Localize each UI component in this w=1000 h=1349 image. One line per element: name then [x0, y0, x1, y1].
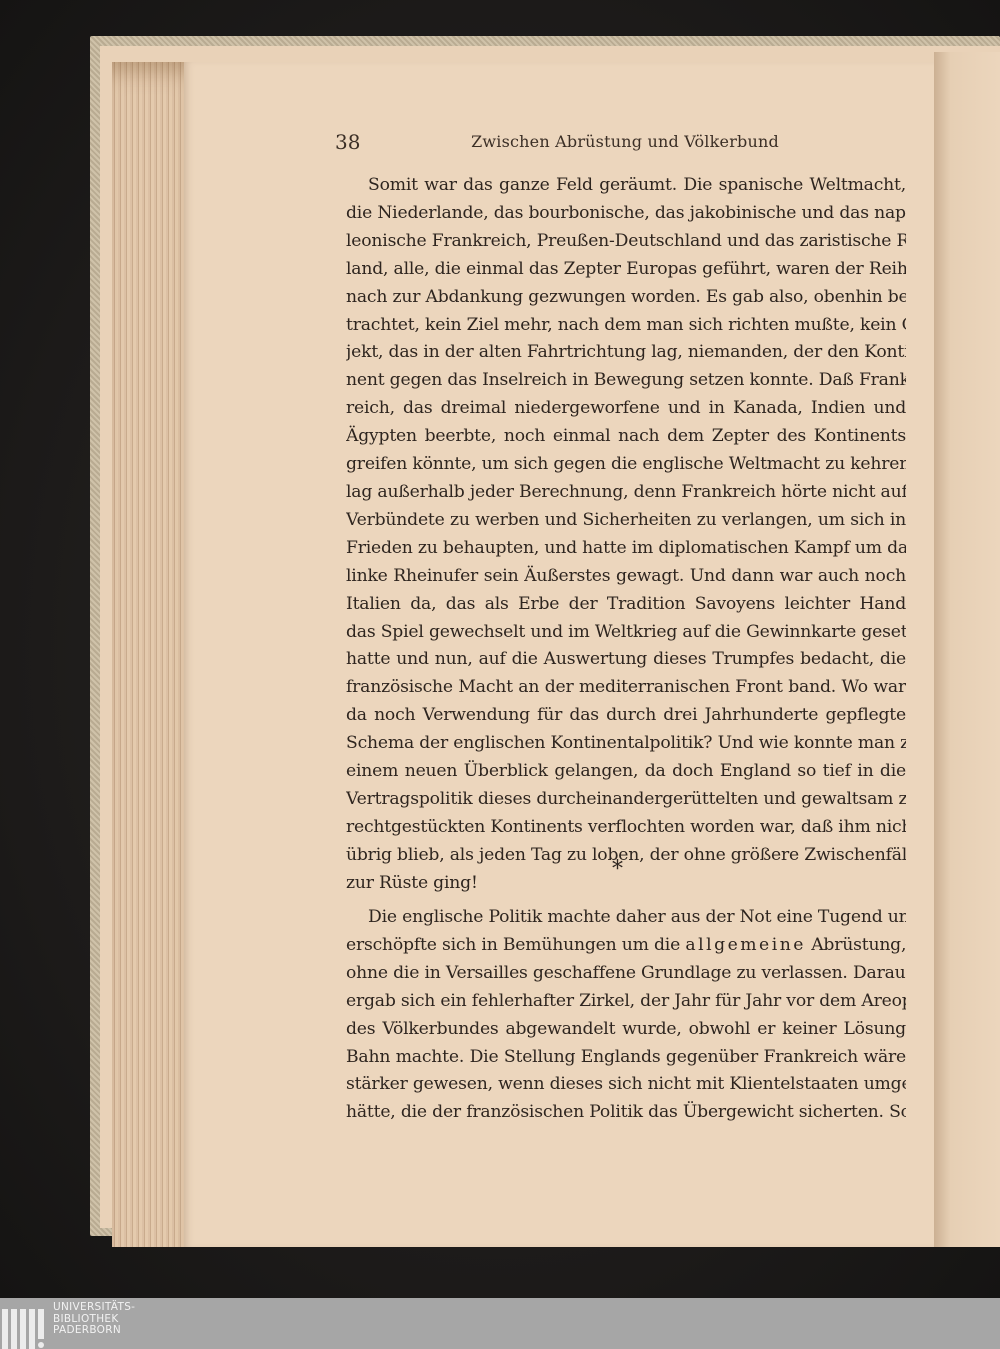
- text-line: linke Rheinufer sein Äußerstes gewagt. U…: [346, 563, 906, 591]
- text-line: Italien da, das als Erbe der Tradition S…: [346, 591, 906, 619]
- text-line: ohne die in Versailles geschaffene Grund…: [346, 960, 906, 988]
- text-line: Bahn machte. Die Stellung Englands gegen…: [346, 1044, 906, 1072]
- text-line: nach zur Abdankung gezwungen worden. Es …: [346, 284, 906, 312]
- logo-line: PADERBORN: [53, 1325, 135, 1337]
- text-segment: erschöpfte sich in Bemühungen um die: [346, 935, 685, 955]
- text-line: leonische Frankreich, Preußen-Deutschlan…: [346, 228, 906, 256]
- text-line: Die englische Politik machte daher aus d…: [346, 904, 906, 932]
- text-line: Frieden zu behaupten, und hatte im diplo…: [346, 535, 906, 563]
- emphasized-word: allgemeine: [685, 935, 806, 955]
- text-line: reich, das dreimal niedergeworfene und i…: [346, 395, 906, 423]
- text-line: lag außerhalb jeder Berechnung, denn Fra…: [346, 479, 906, 507]
- text-line: rechtgestückten Kontinents verflochten w…: [346, 814, 906, 842]
- text-line: zur Rüste ging!: [346, 870, 906, 898]
- text-line: französische Macht an der mediterranisch…: [346, 674, 906, 702]
- page-gutter-right: [934, 52, 1000, 1247]
- library-logo-dot-icon: [38, 1342, 44, 1348]
- paragraph-1: Somit war das ganze Feld geräumt. Die sp…: [346, 172, 906, 898]
- text-line: Schema der englischen Kontinentalpolitik…: [346, 730, 906, 758]
- text-line: Ägypten beerbte, noch einmal nach dem Ze…: [346, 423, 906, 451]
- text-line: land, alle, die einmal das Zepter Europa…: [346, 256, 906, 284]
- text-line: trachtet, kein Ziel mehr, nach dem man s…: [346, 312, 906, 340]
- text-line: greifen könnte, um sich gegen die englis…: [346, 451, 906, 479]
- text-line: des Völkerbundes abgewandelt wurde, obwo…: [346, 1016, 906, 1044]
- text-segment: Abrüstung,: [806, 935, 906, 955]
- text-line: hatte und nun, auf die Auswertung dieses…: [346, 646, 906, 674]
- running-title: Zwischen Abrüstung und Völkerbund: [335, 132, 915, 151]
- text-line: die Niederlande, das bourbonische, das j…: [346, 200, 906, 228]
- text-line: einem neuen Überblick gelangen, da doch …: [346, 758, 906, 786]
- text-line: Verbündete zu werben und Sicherheiten zu…: [346, 507, 906, 535]
- running-head: 38 Zwischen Abrüstung und Völkerbund: [335, 130, 915, 160]
- logo-line: UNIVERSITÄTS-: [53, 1302, 135, 1314]
- text-line: hätte, die der französischen Politik das…: [346, 1099, 906, 1127]
- text-line: nent gegen das Inselreich in Bewegung se…: [346, 367, 906, 395]
- text-line: da noch Verwendung für das durch drei Ja…: [346, 702, 906, 730]
- text-line: jekt, das in der alten Fahrtrichtung lag…: [346, 339, 906, 367]
- library-footer-bar: [0, 1298, 1000, 1349]
- text-line: Vertragspolitik dieses durcheinandergerü…: [346, 786, 906, 814]
- text-line: übrig blieb, als jeden Tag zu loben, der…: [346, 842, 906, 870]
- text-line: ergab sich ein fehlerhafter Zirkel, der …: [346, 988, 906, 1016]
- section-separator: *: [612, 857, 623, 882]
- page-edges-stack: [112, 62, 184, 1247]
- library-logo-text: UNIVERSITÄTS- BIBLIOTHEK PADERBORN: [53, 1302, 135, 1337]
- text-line: Somit war das ganze Feld geräumt. Die sp…: [346, 172, 906, 200]
- text-line: das Spiel gewechselt und im Weltkrieg au…: [346, 619, 906, 647]
- text-line: erschöpfte sich in Bemühungen um die all…: [346, 932, 906, 960]
- text-line: stärker gewesen, wenn dieses sich nicht …: [346, 1071, 906, 1099]
- paragraph-2: Die englische Politik machte daher aus d…: [346, 904, 906, 1127]
